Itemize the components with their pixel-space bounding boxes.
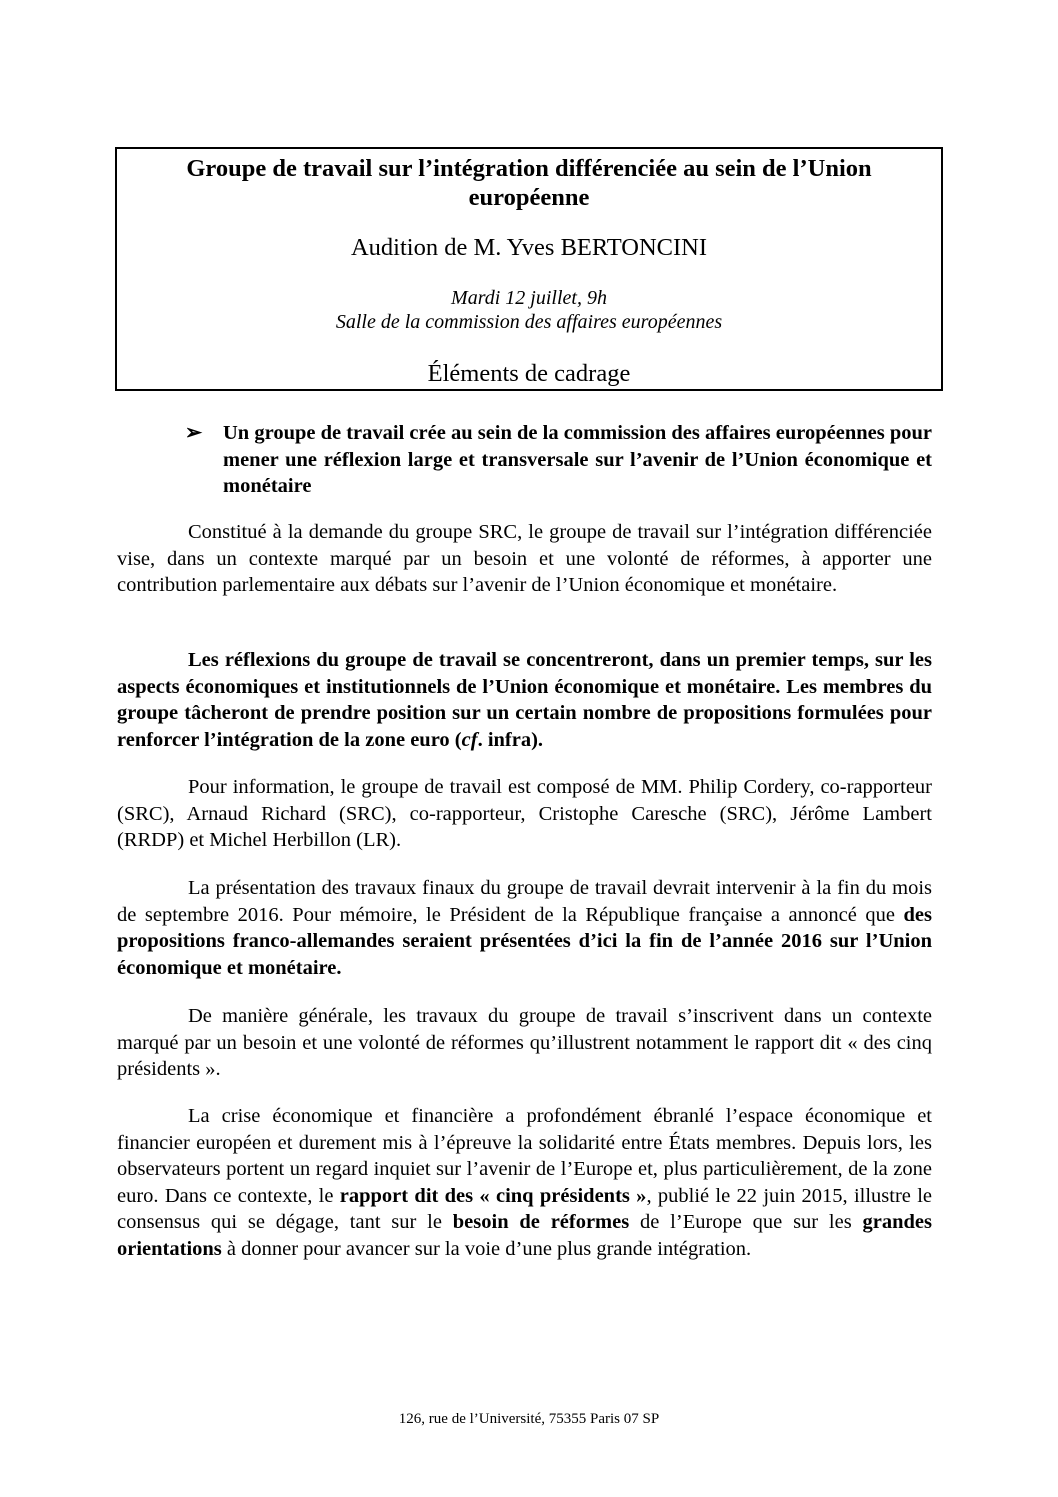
arrowhead-bullet-icon: ➢ xyxy=(185,420,215,447)
text-segment: Constitué à la demande du groupe SRC, le… xyxy=(117,521,932,596)
paragraph-reflexions: Les réflexions du groupe de travail se c… xyxy=(117,647,932,753)
text-segment: à donner pour avancer sur la voie d’une … xyxy=(222,1238,751,1260)
bullet-heading-text: Un groupe de travail crée au sein de la … xyxy=(223,420,932,500)
footer-address: 126, rue de l’Université, 75355 Paris 07… xyxy=(0,1410,1058,1428)
bullet-heading: ➢ Un groupe de travail crée au sein de l… xyxy=(185,420,932,500)
text-segment: La présentation des travaux finaux du gr… xyxy=(117,877,932,926)
paragraph-presentation: La présentation des travaux finaux du gr… xyxy=(117,875,932,981)
paragraph-members: Pour information, le groupe de travail e… xyxy=(117,774,932,854)
text-segment: de l’Europe que sur les xyxy=(629,1211,862,1233)
hearing-subtitle: Audition de M. Yves BERTONCINI xyxy=(117,233,941,262)
paragraph-crisis: La crise économique et financière a prof… xyxy=(117,1103,932,1262)
document-page: Groupe de travail sur l’intégration diff… xyxy=(0,0,1058,1497)
text-segment: De manière générale, les travaux du grou… xyxy=(117,1005,932,1080)
paragraph-constitution: Constitué à la demande du groupe SRC, le… xyxy=(117,519,932,599)
hearing-date: Mardi 12 juillet, 9h xyxy=(117,286,941,310)
section-title: Éléments de cadrage xyxy=(117,359,941,388)
text-segment: cf xyxy=(462,729,478,751)
document-title: Groupe de travail sur l’intégration diff… xyxy=(117,154,941,212)
text-segment: . infra). xyxy=(478,729,543,751)
text-segment: Pour information, le groupe de travail e… xyxy=(117,776,932,851)
paragraph-context: De manière générale, les travaux du grou… xyxy=(117,1003,932,1083)
header-box: Groupe de travail sur l’intégration diff… xyxy=(115,147,943,391)
text-segment: besoin de réformes xyxy=(453,1211,629,1233)
text-segment: rapport dit des « cinq présidents » xyxy=(340,1185,647,1207)
hearing-room: Salle de la commission des affaires euro… xyxy=(117,310,941,334)
